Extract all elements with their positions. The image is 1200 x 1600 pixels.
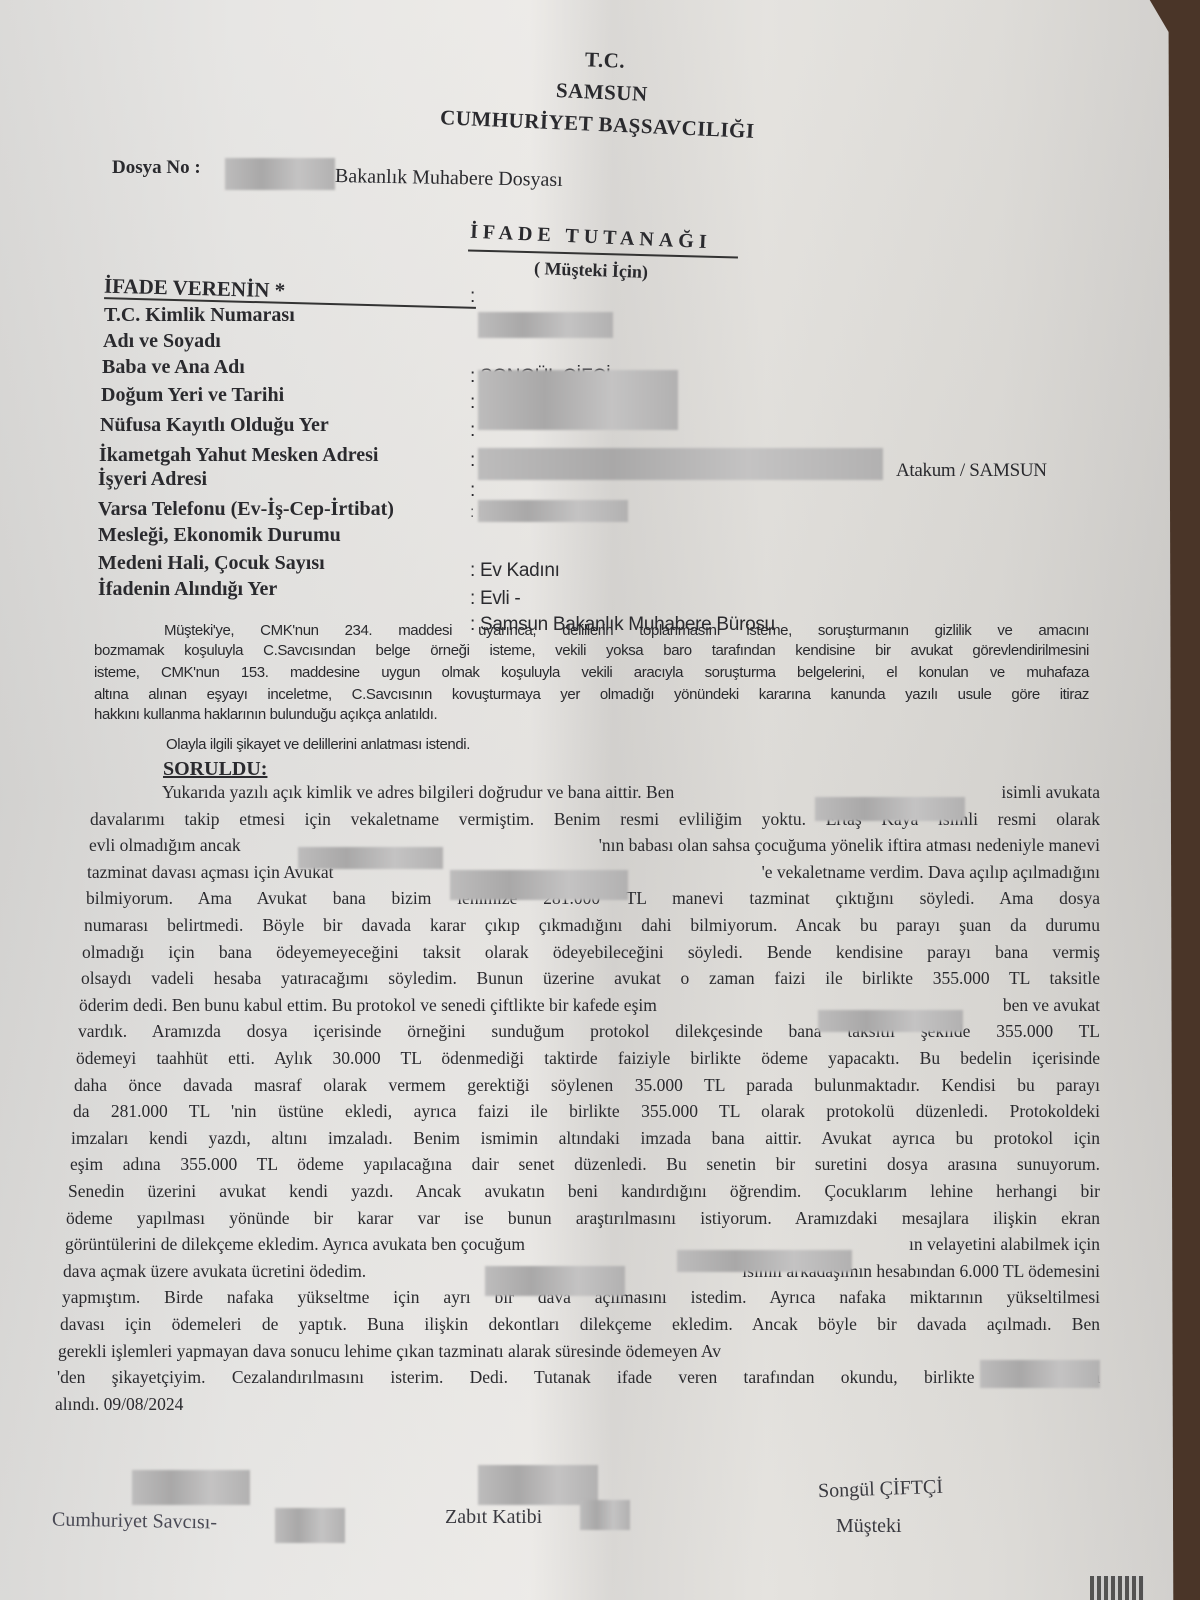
- header-tc: T.C.: [585, 47, 626, 73]
- statement-text-after-redaction: 'e vekaletname verdim. Dava açılıp açılm…: [762, 862, 1100, 883]
- statement-text: öderim dedi. Ben bunu kabul ettim. Bu pr…: [79, 995, 657, 1016]
- rights-notice-line: altına alınan eşyayı inceletme, C.Savcıs…: [94, 686, 1089, 703]
- statement-line: Senedin üzerini avukat kendi yazdı. Anca…: [68, 1181, 1100, 1202]
- statement-text: olmadığı için bana ödeyemeyeceğini taksi…: [82, 942, 1100, 963]
- asked-label: SORULDU:: [163, 758, 267, 781]
- statement-text: ödemeyi taahhüt etti. Aylık 30.000 TL öd…: [76, 1048, 1100, 1069]
- statement-line: alındı. 09/08/2024: [55, 1394, 1100, 1415]
- identity-field-label: İkametgah Yahut Mesken Adresi: [99, 444, 378, 467]
- address-redacted: [478, 448, 883, 480]
- identity-field-label: İşyeri Adresi: [98, 468, 207, 491]
- statement-text: numarası belirtmedi. Böyle bir davada ka…: [84, 915, 1100, 936]
- statement-text: imzaları kendi yazdı, altını imzaladı. B…: [71, 1128, 1100, 1149]
- tc-no-redacted: [478, 312, 613, 338]
- statement-text: daha önce davada masraf olarak vermem ge…: [74, 1075, 1100, 1096]
- parents-redacted: [478, 370, 678, 430]
- complainant-role: Müşteki: [836, 1515, 902, 1538]
- statement-line: daha önce davada masraf olarak vermem ge…: [74, 1075, 1100, 1096]
- statement-line: görüntülerini de dilekçeme ekledim. Ayrı…: [65, 1234, 1100, 1255]
- identity-field-value: : Ev Kadını: [470, 560, 560, 582]
- statement-text: Senedin üzerini avukat kendi yazdı. Anca…: [68, 1181, 1100, 1202]
- identity-field-label: Medeni Hali, Çocuk Sayısı: [98, 552, 325, 575]
- lawyer-name-redacted-3: [980, 1360, 1100, 1388]
- header-city: SAMSUN: [555, 78, 648, 107]
- statement-text: alındı. 09/08/2024: [55, 1394, 183, 1415]
- rights-notice-line: hakkını kullanma haklarının bulunduğu aç…: [94, 706, 437, 723]
- lawyer-name-redacted: [815, 797, 965, 821]
- prosecutor-name-redacted: [275, 1508, 345, 1543]
- identity-field-label: Varsa Telefonu (Ev-İş-Cep-İrtibat): [98, 498, 394, 521]
- statement-line: ödeme yapılması yönünde bir karar var is…: [66, 1208, 1100, 1229]
- statement-line: numarası belirtmedi. Böyle bir davada ka…: [84, 915, 1100, 936]
- statement-line: eşim adına 355.000 TL ödeme yapılacağına…: [70, 1154, 1100, 1175]
- prosecutor-label: Cumhuriyet Savcısı-: [52, 1509, 217, 1535]
- statement-text: dava açmak üzere avukata ücretini ödedim…: [63, 1261, 366, 1282]
- statement-line: olmadığı için bana ödeyemeyeceğini taksi…: [82, 942, 1100, 963]
- file-no-redacted: [225, 158, 335, 190]
- prosecutor-signature-redacted: [132, 1470, 250, 1505]
- qr-code-icon: [1090, 1576, 1144, 1600]
- identity-field-label: Mesleği, Ekonomik Durumu: [98, 524, 341, 547]
- statement-text-after-redaction: ben ve avukat: [1003, 995, 1100, 1016]
- identity-field-label: T.C. Kimlik Numarası: [104, 304, 295, 327]
- statement-text-after-redaction: ın velayetini alabilmek için: [909, 1234, 1100, 1255]
- identity-field-label: Baba ve Ana Adı: [102, 356, 245, 379]
- child-name-redacted: [298, 847, 443, 869]
- statement-text: eşim adına 355.000 TL ödeme yapılacağına…: [70, 1154, 1100, 1175]
- statement-line: gerekli işlemleri yapmayan dava sonucu l…: [58, 1341, 1100, 1362]
- identity-field-label: Adı ve Soyadı: [103, 330, 221, 353]
- statement-text: Yukarıda yazılı açık kimlik ve adres bil…: [162, 782, 674, 803]
- statement-text: ödeme yapılması yönünde bir karar var is…: [66, 1208, 1100, 1229]
- identity-field-label: İfadenin Alındığı Yer: [98, 578, 277, 601]
- statement-text: evli olmadığım ancak: [89, 835, 241, 856]
- statement-line: evli olmadığım ancak'nın babası olan sah…: [89, 835, 1100, 856]
- address-suffix: Atakum / SAMSUN: [896, 460, 1047, 482]
- statement-text: davası için ödemeleri de yaptık. Buna il…: [60, 1314, 1100, 1335]
- phone-redacted: [478, 500, 628, 522]
- statement-line: davası için ödemeleri de yaptık. Buna il…: [60, 1314, 1100, 1335]
- document-subtitle: ( Müşteki İçin): [534, 258, 649, 283]
- request-line: Olayla ilgili şikayet ve delillerini anl…: [166, 736, 470, 753]
- statement-text: da 281.000 TL 'nin üstüne ekledi, ayrıca…: [73, 1101, 1100, 1122]
- clerk-name-redacted: [580, 1500, 630, 1530]
- identity-field-label: Nüfusa Kayıtlı Olduğu Yer: [100, 414, 329, 437]
- file-no-label: Dosya No :: [112, 157, 201, 179]
- statement-text-after-redaction: isimli avukata: [1001, 782, 1100, 803]
- complainant-name: Songül ÇİFTÇİ: [818, 1476, 944, 1503]
- identity-field-value: :: [470, 286, 475, 308]
- file-description: Bakanlık Muhabere Dosyası: [335, 165, 563, 192]
- statement-line: 'den şikayetçiyim. Cezalandırılmasını is…: [57, 1367, 1100, 1388]
- identity-field-label: Doğum Yeri ve Tarihi: [101, 384, 284, 407]
- rights-notice-line: isteme, CMK'nun 153. maddesine uygun olm…: [94, 664, 1089, 681]
- identity-field-value: : Evli -: [470, 588, 520, 610]
- rights-notice-line: bozmamak koşuluyla C.Savcısından belge ö…: [94, 642, 1089, 659]
- statement-text: 'den şikayetçiyim. Cezalandırılmasını is…: [57, 1367, 1100, 1388]
- lawyer-name-redacted-2: [450, 870, 628, 900]
- friend-name-redacted: [485, 1266, 625, 1296]
- clerk-signature-redacted: [478, 1465, 598, 1505]
- clerk-label: Zabıt Katibi: [445, 1506, 542, 1529]
- statement-text: görüntülerini de dilekçeme ekledim. Ayrı…: [65, 1234, 525, 1255]
- identity-field-value: :: [470, 480, 475, 502]
- rights-notice-line: Müşteki'ye, CMK'nun 234. maddesi uyarınc…: [164, 622, 1089, 639]
- statement-line: olsaydı vadeli hesaba yatıracağımı söyle…: [81, 968, 1100, 989]
- spouse-name-redacted: [818, 1010, 963, 1032]
- statement-line: ödemeyi taahhüt etti. Aylık 30.000 TL öd…: [76, 1048, 1100, 1069]
- child-name-redacted-2: [677, 1250, 852, 1272]
- statement-text: olsaydı vadeli hesaba yatıracağımı söyle…: [81, 968, 1100, 989]
- identity-field-value: :: [470, 420, 475, 442]
- identity-field-value: :: [470, 392, 475, 414]
- statement-line: da 281.000 TL 'nin üstüne ekledi, ayrıca…: [73, 1101, 1100, 1122]
- statement-text: tazminat davası açması için Avukat: [87, 862, 334, 883]
- statement-text-after-redaction: 'nın babası olan sahsa çocuğuma yönelik …: [599, 835, 1100, 856]
- statement-line: imzaları kendi yazdı, altını imzaladı. B…: [71, 1128, 1100, 1149]
- statement-text: gerekli işlemleri yapmayan dava sonucu l…: [58, 1341, 721, 1362]
